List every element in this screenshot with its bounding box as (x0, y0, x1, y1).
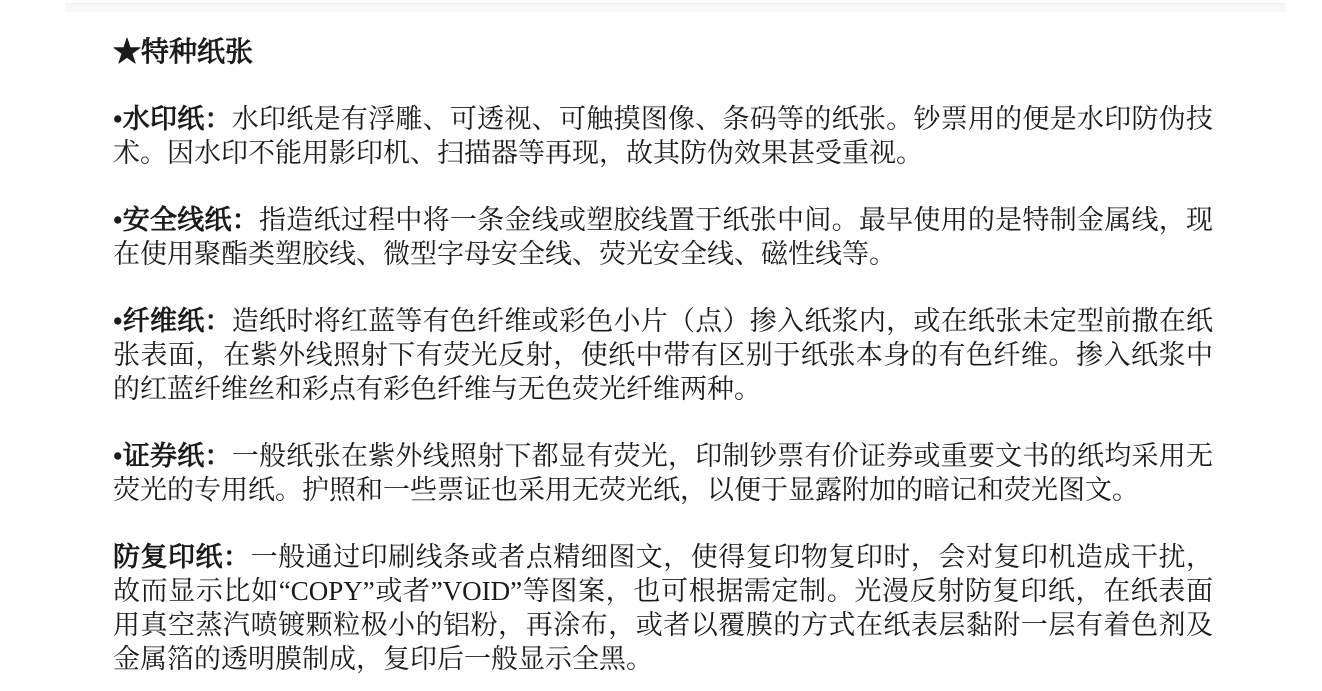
term-label: 证券纸： (122, 441, 231, 471)
term-label: 纤维纸： (122, 306, 231, 336)
term-label: 防复印纸： (113, 542, 251, 572)
paragraph-anti-copy-paper: 防复印纸：一般通过印刷线条或者点精细图文，使得复印物复印时，会对复印机造成干扰，… (113, 540, 1213, 676)
term-label: 水印纸： (122, 104, 231, 134)
paragraph-text: 一般通过印刷线条或者点精细图文，使得复印物复印时，会对复印机造成干扰，故而显示比… (113, 542, 1213, 674)
paragraph-term: •安全线纸： (113, 205, 259, 235)
paragraph-term: •水印纸： (113, 104, 232, 134)
paragraph-fiber-paper: •纤维纸：造纸时将红蓝等有色纤维或彩色小片（点）掺入纸浆内，或在纸张未定型前撒在… (113, 304, 1213, 406)
paragraph-text: 水印纸是有浮雕、可透视、可触摸图像、条码等的纸张。钞票用的便是水印防伪技术。因水… (113, 104, 1213, 168)
paragraph-watermark-paper: •水印纸：水印纸是有浮雕、可透视、可触摸图像、条码等的纸张。钞票用的便是水印防伪… (113, 102, 1213, 170)
paragraph-text: 指造纸过程中将一条金线或塑胶线置于纸张中间。最早使用的是特制金属线，现在使用聚酯… (113, 205, 1213, 269)
page-title: ★特种纸张 (113, 36, 1213, 70)
term-label: 安全线纸： (122, 205, 259, 235)
paragraph-text: 一般纸张在紫外线照射下都显有荧光，印制钞票有价证券或重要文书的纸均采用无荧光的专… (113, 441, 1213, 505)
page-top-edge-line (65, 3, 1285, 12)
paragraph-securities-paper: •证券纸：一般纸张在紫外线照射下都显有荧光，印制钞票有价证券或重要文书的纸均采用… (113, 439, 1213, 507)
document-body: ★特种纸张 •水印纸：水印纸是有浮雕、可透视、可触摸图像、条码等的纸张。钞票用的… (113, 36, 1213, 676)
paragraph-term: •纤维纸： (113, 306, 232, 336)
paragraph-term: •证券纸： (113, 441, 232, 471)
paragraph-term: 防复印纸： (113, 542, 251, 572)
paragraph-text: 造纸时将红蓝等有色纤维或彩色小片（点）掺入纸浆内，或在纸张未定型前撒在纸张表面，… (113, 306, 1213, 404)
paragraph-security-thread-paper: •安全线纸：指造纸过程中将一条金线或塑胶线置于纸张中间。最早使用的是特制金属线，… (113, 203, 1213, 271)
